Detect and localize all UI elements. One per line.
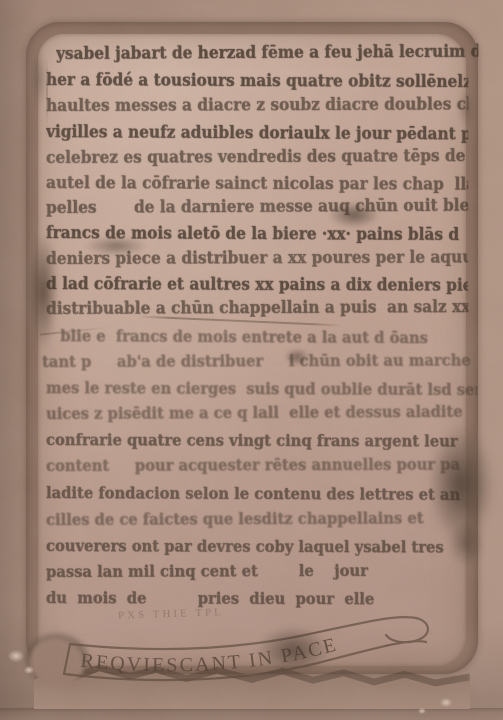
inscription-line: autel de la cōfrarie sainct nicolas par … — [46, 173, 468, 194]
inscription-line: tant p ab'a de distribuer i chūn obit au… — [42, 350, 473, 371]
inscription-line: deniers piece a distribuer a xx poures p… — [46, 247, 468, 268]
inscription-line: celebrez es quatres vendredis des quatre… — [46, 146, 468, 167]
banner-text: REQVIESCANT IN PACE — [79, 634, 340, 677]
svg-text:REQVIESCANT IN PACE: REQVIESCANT IN PACE — [79, 634, 340, 677]
inscription-line: ladite fondacion selon le contenu des le… — [46, 483, 477, 504]
inscription-line: confrarie quatre cens vingt cinq frans a… — [46, 430, 477, 451]
inscription-line: blie e francs de mois entrete a la aut d… — [50, 326, 481, 347]
inscription-line: francs de mois aletō de la biere ·xx· pa… — [46, 223, 468, 244]
inscription-line: haultes messes a diacre z soubz diacre d… — [46, 94, 468, 115]
ribbon-outline — [70, 617, 428, 649]
inscription-line: vigilles a neufz aduibles doriaulx le jo… — [46, 122, 468, 143]
inscription-line: cilles de ce faictes que lesditz chappel… — [46, 508, 477, 529]
ribbon-outline — [64, 644, 70, 674]
inscription-line: d lad cōfrarie et aultres xx pains a dix… — [46, 274, 468, 295]
inscription-line: pelles de la darniere messe auq chūn oui… — [46, 196, 468, 217]
inscription-line: couverers ont par devres coby laquel ysa… — [46, 536, 477, 557]
inscription-line: du mois de pries dieu pour elle — [46, 588, 477, 609]
inscription-line: uices z pisēdit me a ce q lall elle et d… — [46, 402, 477, 423]
stone-wall-photo: ysabel jabart de herzad fēme a feu jehā … — [0, 0, 503, 720]
inscription-line: passa lan mil cinq cent et le jour — [46, 560, 477, 581]
inscription-line: her a fōdé a tousiours mais quatre obitz… — [46, 70, 468, 91]
inscription-line: distribuable a chūn chappellain a puis a… — [46, 297, 468, 318]
requiescant-banner: REQVIESCANT IN PACE — [60, 610, 452, 694]
inscription-line: mes le reste en cierges suis qud oublie … — [46, 378, 477, 399]
inscription-line: ysabel jabart de herzad fēme a feu jehā … — [56, 42, 478, 63]
inscription-line: content pour acquester rētes annuelles p… — [46, 454, 477, 475]
